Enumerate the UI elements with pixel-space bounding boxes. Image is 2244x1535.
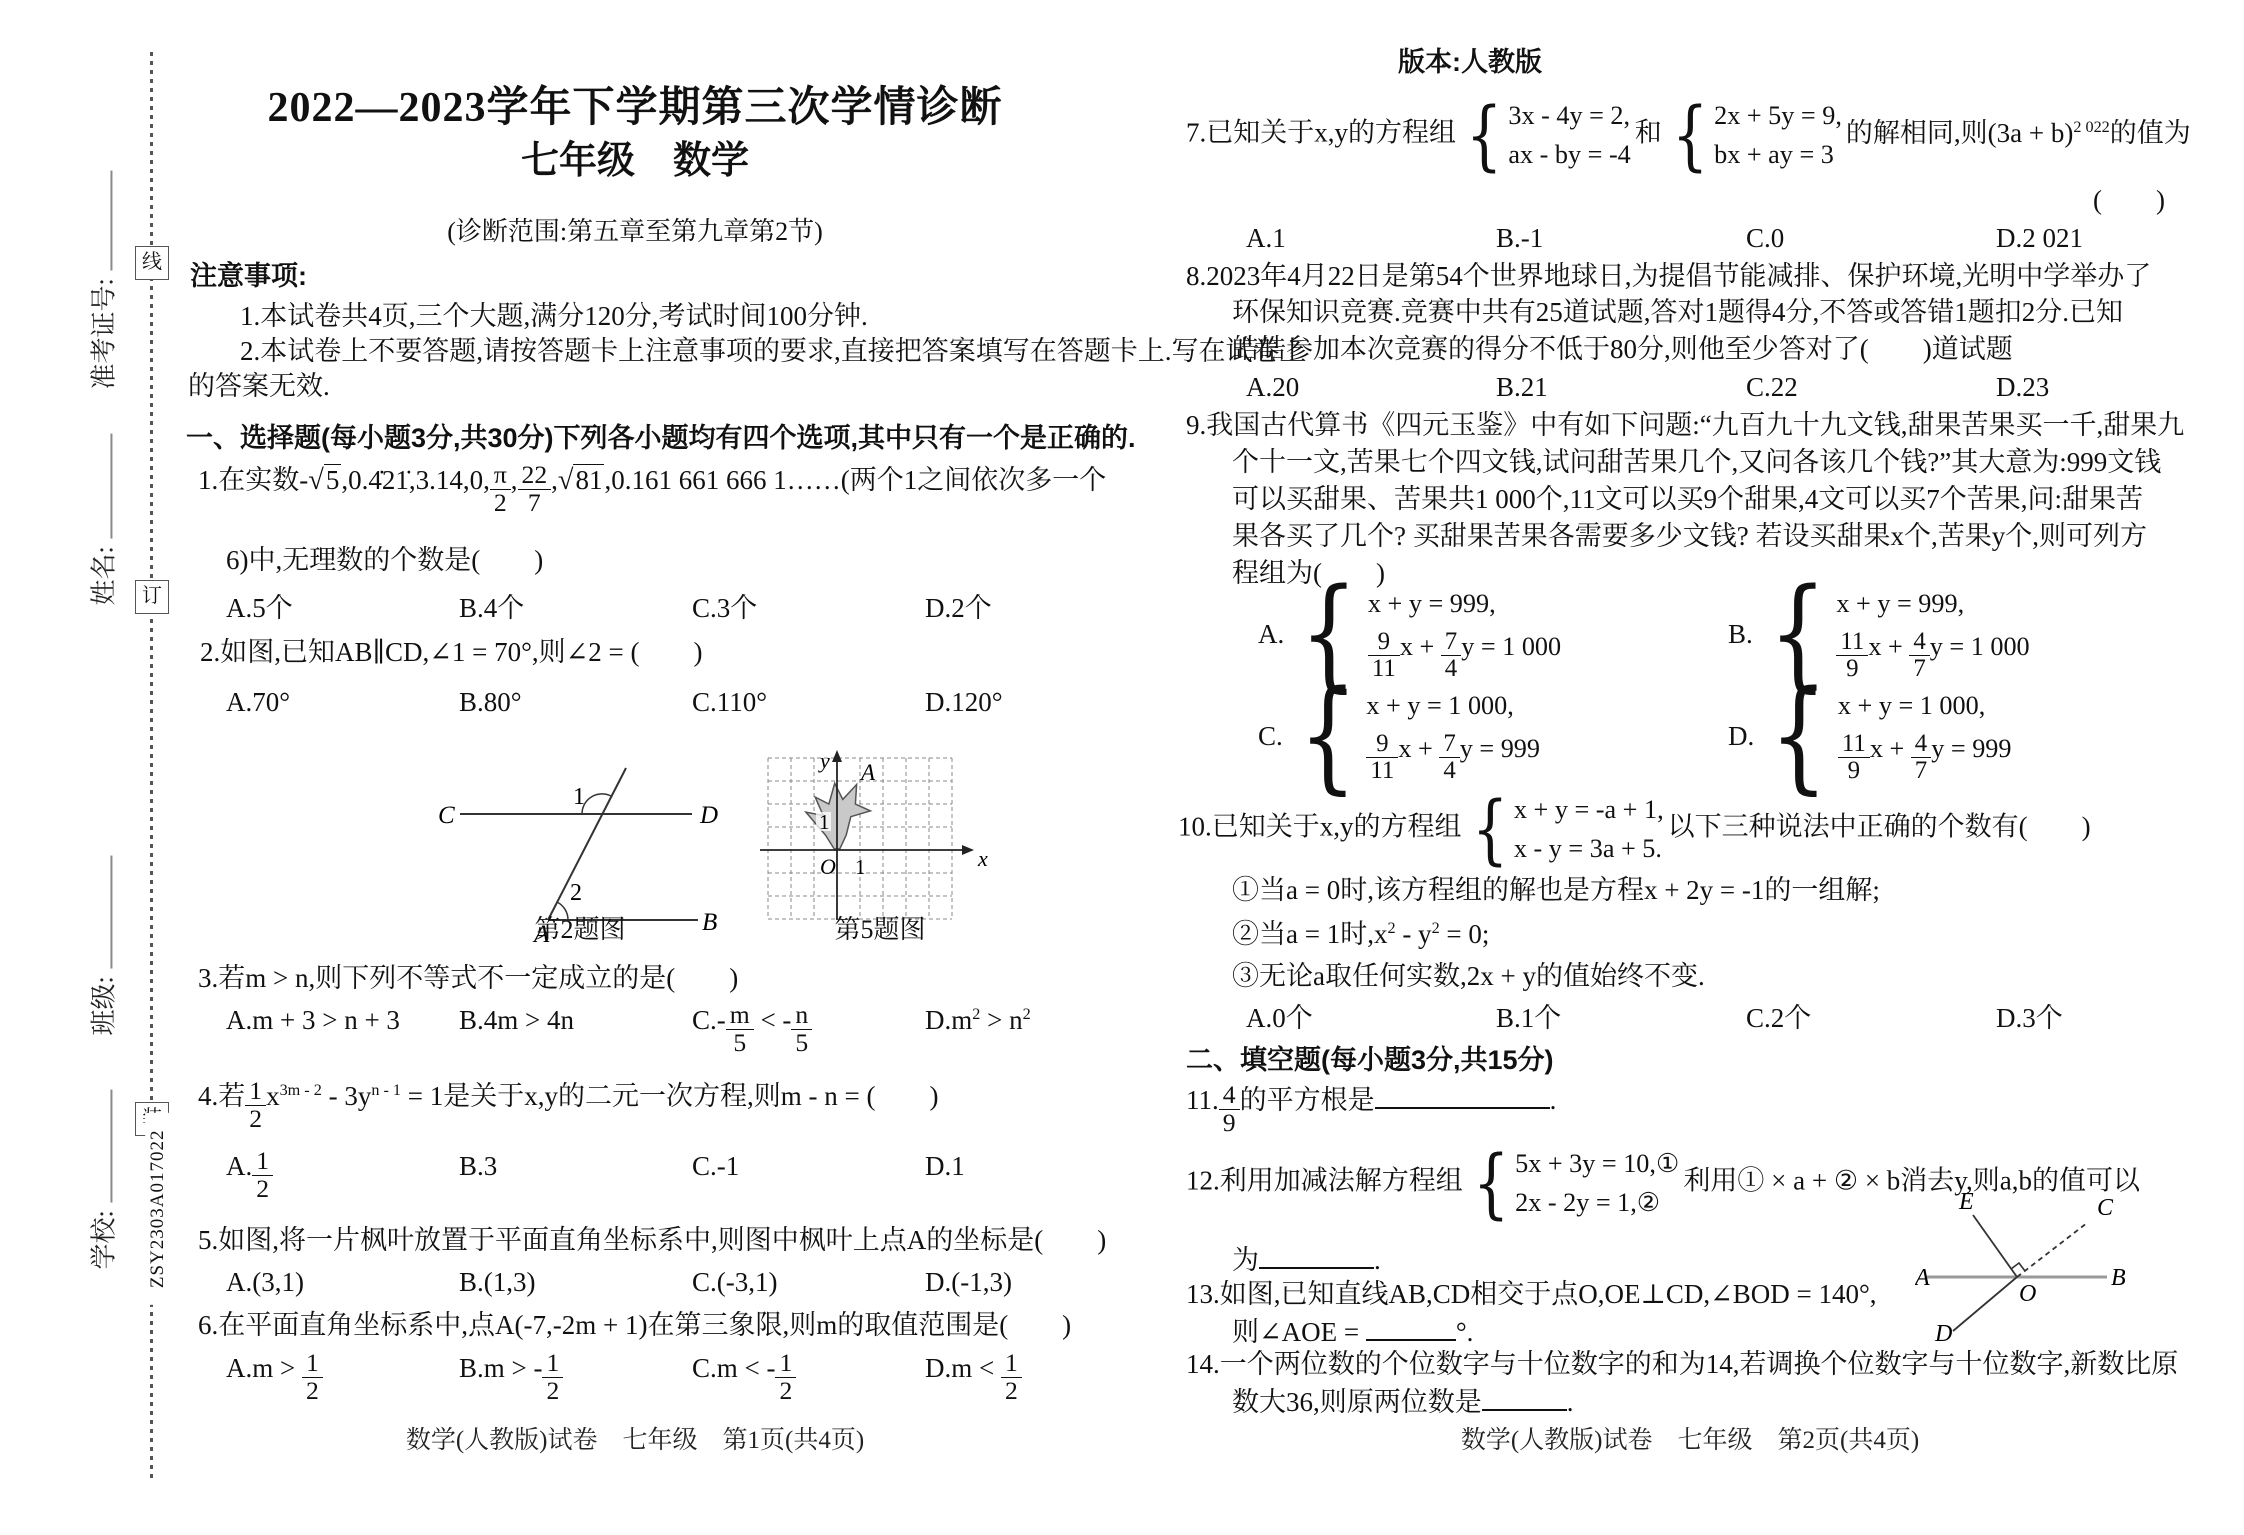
note-line-3: 的答案无效.: [188, 368, 330, 404]
q9-line-4: 果各买了几个? 买甜果苦果各需要多少文钱? 若设买甜果x个,苦果y个,则可列方: [1232, 518, 2147, 554]
binding-char-ding: 订: [135, 580, 169, 614]
brace-icon: [1466, 103, 1502, 168]
fig5-label-unit-x: 1: [855, 855, 866, 879]
q7-option-c: C.0: [1746, 220, 1996, 256]
exam-subtitle: 七年级 数学: [180, 136, 1090, 187]
q10-sys-eq2: x - y = 3a + 5.: [1514, 831, 1664, 866]
q10-item-3: ③无论a取任何实数,2x + y的值始终不变.: [1232, 958, 1705, 994]
q5-option-d: D.(-1,3): [925, 1264, 1012, 1300]
notes-title: 注意事项:: [190, 258, 307, 294]
q7-system-2: 2x + 5y = 9,bx + ay = 3: [1666, 98, 1842, 173]
q10-option-d: D.3个: [1996, 1000, 2063, 1036]
q6-stem: 6.在平面直角坐标系中,点A(-7,-2m + 1)在第三象限,则m的取值范围是…: [198, 1307, 1071, 1343]
section2-header: 二、填空题(每小题3分,共15分): [1186, 1042, 1554, 1078]
q10-option-c: C.2个: [1746, 1000, 1996, 1036]
fig5-label-O: O: [820, 854, 836, 879]
diagnostic-scope: (诊断范围:第五章至第九章第2节): [180, 214, 1090, 249]
figure-q5-caption: 第5题图: [760, 912, 1000, 947]
q9-option-a-label: A.: [1258, 616, 1284, 652]
q3-option-a: A.m + 3 > n + 3: [226, 1002, 459, 1057]
q1-option-c: C.3个: [692, 590, 925, 626]
q12-sys-eq2: 2x - 2y = 1,②: [1515, 1185, 1679, 1220]
q9-option-a-eq1: x + y = 999,: [1368, 586, 1561, 621]
sidebar-field-class: 班级:: [86, 828, 121, 1036]
q9-option-b-eq1: x + y = 999,: [1836, 586, 2029, 621]
q4-option-c: C.-1: [692, 1148, 925, 1203]
q7-stem: 7.已知关于x,y的方程组3x - 4y = 2,ax - by = -4和2x…: [1186, 98, 2191, 173]
exam-title: 2022—2023学年下学期第三次学情诊断: [180, 80, 1090, 137]
q1-option-b: B.4个: [459, 590, 692, 626]
q7-option-b: B.-1: [1496, 220, 1746, 256]
q10-stem-prefix: 10.已知关于x,y的方程组: [1178, 812, 1462, 842]
q7-options: A.1 B.-1 C.0 D.2 021: [1246, 220, 2083, 256]
q9-option-b-label: B.: [1728, 616, 1753, 652]
q8-option-b: B.21: [1496, 369, 1746, 405]
q7-joiner: 和: [1635, 118, 1662, 148]
q10-option-a: A.0个: [1246, 1000, 1496, 1036]
q9-line-2: 个十一文,苦果七个四文钱,试问甜苦果几个,又问各该几个钱?”其大意为:999文钱: [1232, 444, 2161, 480]
sidebar-field-exam-no: 准考证号:: [86, 140, 121, 390]
fig2-label-angle2: 2: [570, 880, 582, 906]
fig2-label-angle1: 1: [573, 784, 585, 810]
q1-options: A.5个 B.4个 C.3个 D.2个: [226, 590, 992, 626]
note-line-2: 2.本试卷上不要答题,请按答题卡上注意事项的要求,直接把答案填写在答题卡上.写在…: [240, 333, 1307, 369]
brace-icon: [1298, 684, 1356, 788]
q5-stem: 5.如图,将一片枫叶放置于平面直角坐标系中,则图中枫叶上点A的坐标是( ): [198, 1222, 1106, 1258]
q8-option-d: D.23: [1996, 369, 2049, 405]
q10-system: x + y = -a + 1,x - y = 3a + 5.: [1466, 792, 1664, 867]
q7-system-1: 3x - 4y = 2,ax - by = -4: [1460, 98, 1631, 173]
fig2-label-C: C: [438, 802, 455, 829]
q10-stem: 10.已知关于x,y的方程组x + y = -a + 1,x - y = 3a …: [1178, 792, 2091, 867]
q7-sys1-eq1: 3x - 4y = 2,: [1508, 98, 1630, 133]
q5-options: A.(3,1) B.(1,3) C.(-3,1) D.(-1,3): [226, 1264, 1012, 1300]
section1-header: 一、选择题(每小题3分,共30分)下列各小题均有四个选项,其中只有一个是正确的.: [186, 420, 1136, 456]
q8-line-2: 环保知识竞赛.竞赛中共有25道试题,答对1题得4分,不答或答错1题扣2分.已知: [1232, 294, 2123, 330]
maple-leaf-shape: [806, 783, 871, 849]
q12-stem-2: 为.: [1232, 1240, 1381, 1278]
q9-option-b-eq2: 119x + 47y = 1 000: [1836, 629, 2029, 682]
fig13-label-D: D: [1934, 1321, 1952, 1345]
name-label: 姓名:: [89, 546, 118, 605]
q10-item-2: ②当a = 1时,x2 - y2 = 0;: [1232, 916, 1489, 952]
fig13-label-C: C: [2097, 1195, 2114, 1221]
q8-line-3: 皓皓参加本次竞赛的得分不低于80分,则他至少答对了( )道试题: [1232, 331, 2013, 367]
note-line-1: 1.本试卷共4页,三个大题,满分120分,考试时间100分钟.: [240, 298, 868, 334]
class-label: 班级:: [89, 976, 118, 1035]
q9-option-c: C. x + y = 1 000,911x + 74y = 999: [1258, 684, 1544, 788]
brace-icon: [1672, 103, 1708, 168]
q7-sys1-eq2: ax - by = -4: [1508, 137, 1630, 172]
q7-option-d: D.2 021: [1996, 220, 2083, 256]
footer-left-page: 数学(人教版)试卷 七年级 第1页(共4页): [180, 1424, 1090, 1458]
fig5-label-x: x: [977, 846, 988, 871]
q14-line-1: 14.一个两位数的个位数字与十位数字的和为14,若调换个位数字与十位数字,新数比…: [1186, 1346, 2178, 1382]
version-label: 版本:人教版: [1398, 44, 1542, 80]
q7-stem-prefix: 7.已知关于x,y的方程组: [1186, 118, 1456, 148]
sidebar-field-name: 姓名:: [86, 406, 121, 606]
q5-option-a: A.(3,1): [226, 1264, 459, 1300]
fig5-label-A: A: [859, 760, 876, 785]
q4-stem: 4.若12x3m - 2 - 3yn - 1 = 1是关于x,y的二元一次方程,…: [198, 1078, 938, 1133]
q7-option-a: A.1: [1246, 220, 1496, 256]
q3-stem: 3.若m > n,则下列不等式不一定成立的是( ): [198, 960, 738, 996]
q9-option-d-eq2: 119x + 47y = 999: [1838, 731, 2012, 784]
school-label: 学校:: [89, 1210, 118, 1269]
paper-code: ZSY2303A017022: [145, 1113, 171, 1305]
school-blank: [104, 1089, 112, 1202]
q9-line-3: 可以买甜果、苦果共1 000个,11文可以买9个甜果,4文可以买7个苦果,问:甜…: [1232, 481, 2143, 517]
q13-stem-1: 13.如图,已知直线AB,CD相交于点O,OE⊥CD,∠BOD = 140°,: [1186, 1276, 1906, 1312]
q9-option-d-label: D.: [1728, 718, 1754, 754]
binding-char-xian: 线: [135, 246, 169, 280]
q7-sys2-eq1: 2x + 5y = 9,: [1714, 98, 1842, 133]
q7-stem-suffix: 的解相同,则(3a + b)2 022的值为: [1846, 118, 2191, 148]
q9-option-d-eq1: x + y = 1 000,: [1838, 688, 2012, 723]
q10-options: A.0个 B.1个 C.2个 D.3个: [1246, 1000, 2063, 1036]
footer-right-page: 数学(人教版)试卷 七年级 第2页(共4页): [1195, 1424, 2185, 1458]
brace-icon: [1473, 1151, 1509, 1216]
q12-stem-prefix: 12.利用加减法解方程组: [1186, 1166, 1463, 1196]
q2-option-d: D.120°: [925, 684, 1003, 720]
brace-icon: [1472, 797, 1508, 862]
q10-option-b: B.1个: [1496, 1000, 1746, 1036]
q2-option-b: B.80°: [459, 684, 692, 720]
q9-option-c-eq1: x + y = 1 000,: [1366, 688, 1540, 723]
q11-stem: 11.49的平方根是.: [1186, 1080, 1556, 1137]
name-blank: [104, 433, 112, 538]
q1-option-a: A.5个: [226, 590, 459, 626]
q1-stem-2: 6)中,无理数的个数是( ): [226, 542, 543, 578]
q2-options: A.70° B.80° C.110° D.120°: [226, 684, 1003, 720]
fig13-label-O: O: [2019, 1281, 2036, 1307]
q9-option-a-eq2: 911x + 74y = 1 000: [1368, 629, 1561, 682]
q1-option-d: D.2个: [925, 590, 992, 626]
figure-q13-intersecting-lines: E C A B O D: [1915, 1185, 2125, 1345]
q9-option-c-eq2: 911x + 74y = 999: [1366, 731, 1540, 784]
fig13-label-A: A: [1915, 1265, 1930, 1291]
figure-q2-caption: 第2题图: [430, 912, 730, 947]
q8-line-1: 8.2023年4月22日是第54个世界地球日,为提倡节能减排、保护环境,光明中学…: [1186, 258, 2151, 294]
q8-option-a: A.20: [1246, 369, 1496, 405]
fig13-label-E: E: [1958, 1189, 1974, 1215]
q2-stem: 2.如图,已知AB∥CD,∠1 = 70°,则∠2 = ( ): [200, 634, 702, 670]
q13-stem-2: 则∠AOE = °.: [1232, 1312, 1473, 1350]
q10-item-1: ①当a = 0时,该方程组的解也是方程x + 2y = -1的一组解;: [1232, 872, 1880, 908]
q4-option-b: B.3: [459, 1148, 692, 1203]
q4-option-d: D.1: [925, 1148, 965, 1203]
q3-options: A.m + 3 > n + 3 B.4m > 4n C.-m5 < -n5 D.…: [226, 1002, 1031, 1057]
q2-option-c: C.110°: [692, 684, 925, 720]
fig13-label-B: B: [2111, 1265, 2125, 1291]
q12-sys-eq1: 5x + 3y = 10,①: [1515, 1146, 1679, 1181]
q3-option-d: D.m2 > n2: [925, 1002, 1031, 1057]
q7-sys2-eq2: bx + ay = 3: [1714, 137, 1842, 172]
q9-line-1: 9.我国古代算书《四元玉鉴》中有如下问题:“九百九十九文钱,甜果苦果买一千,甜果…: [1186, 407, 2184, 443]
exam-no-label: 准考证号:: [89, 278, 118, 389]
q8-option-c: C.22: [1746, 369, 1996, 405]
fig2-label-D: D: [699, 802, 718, 829]
q5-option-b: B.(1,3): [459, 1264, 692, 1300]
q6-option-d: D.m < 12: [925, 1350, 1022, 1405]
q9-option-c-label: C.: [1258, 718, 1283, 754]
q3-option-c: C.-m5 < -n5: [692, 1002, 925, 1057]
q3-option-b: B.4m > 4n: [459, 1002, 692, 1057]
q10-sys-eq1: x + y = -a + 1,: [1514, 792, 1664, 827]
class-blank: [104, 855, 112, 968]
fig5-label-unit-y: 1: [819, 810, 830, 834]
q6-options: A.m > 12 B.m > -12 C.m < -12 D.m < 12: [226, 1350, 1022, 1405]
q9-option-d: D. x + y = 1 000,119x + 47y = 999: [1728, 684, 2015, 788]
exam-no-blank: [104, 170, 112, 270]
q12-system: 5x + 3y = 10,①2x - 2y = 1,②: [1467, 1146, 1680, 1221]
q4-option-a: A.12: [226, 1148, 459, 1203]
q8-options: A.20 B.21 C.22 D.23: [1246, 369, 2049, 405]
q2-option-a: A.70°: [226, 684, 459, 720]
q6-option-a: A.m > 12: [226, 1350, 459, 1405]
q4-options: A.12 B.3 C.-1 D.1: [226, 1148, 965, 1203]
sidebar-field-school: 学校:: [86, 1062, 121, 1270]
q6-option-b: B.m > -12: [459, 1350, 692, 1405]
q14-line-2: 数大36,则原两位数是.: [1232, 1382, 1574, 1420]
q10-stem-suffix: 以下三种说法中正确的个数有( ): [1668, 812, 2091, 842]
q5-option-c: C.(-3,1): [692, 1264, 925, 1300]
brace-icon: [1770, 684, 1828, 788]
fig5-label-y: y: [818, 750, 830, 773]
q7-answer-paren: ( ): [1195, 182, 2165, 218]
q1-stem-1: 1.在实数-√5,0.4̇21̇,3.14,0,π2,227,√81,0.161…: [198, 462, 1106, 517]
q6-option-c: C.m < -12: [692, 1350, 925, 1405]
